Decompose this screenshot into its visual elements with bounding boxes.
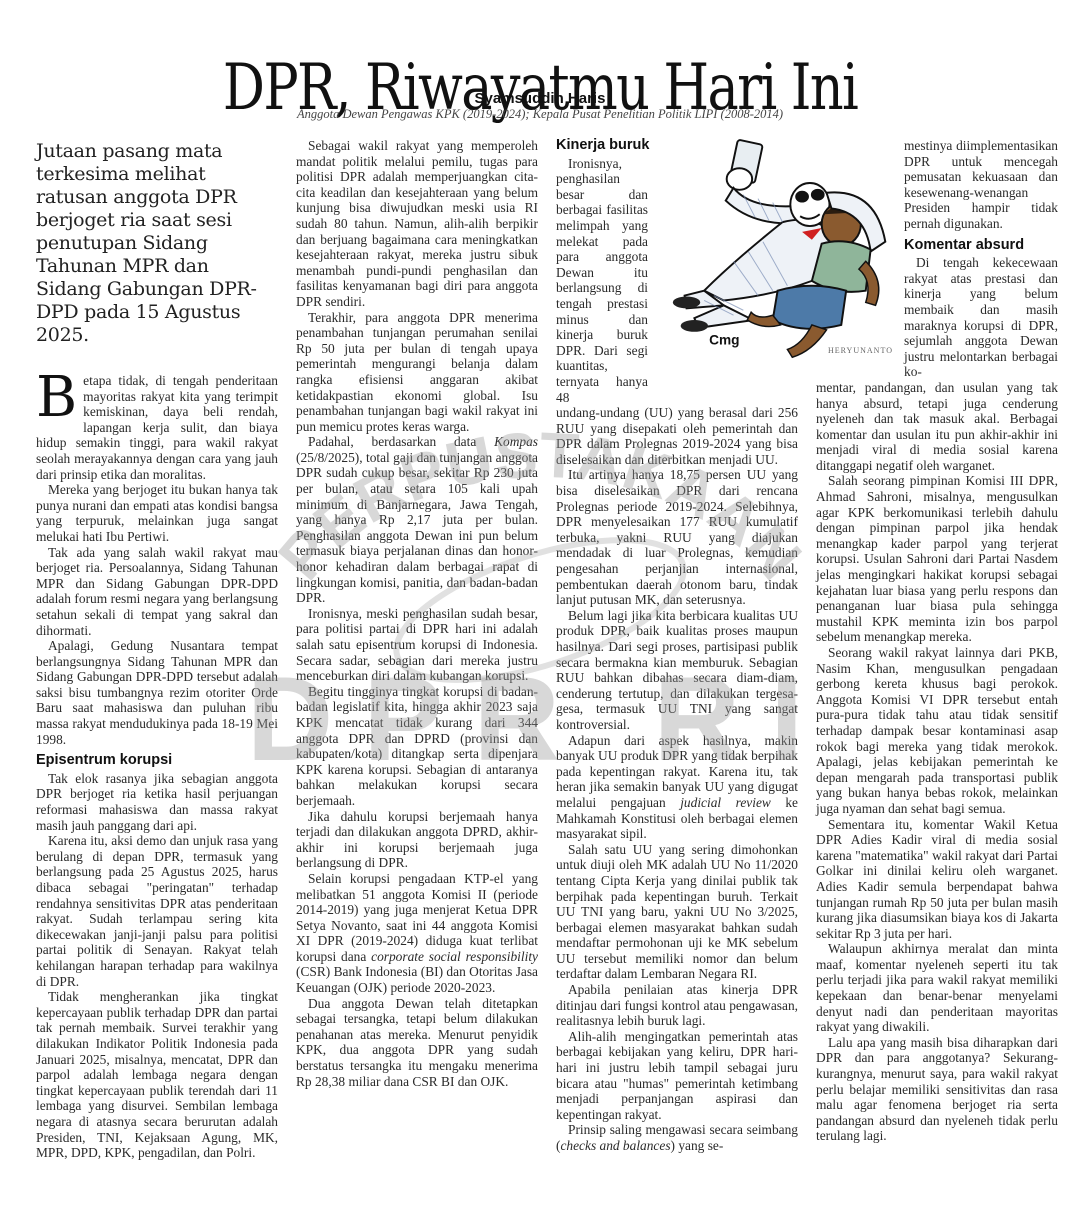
body-paragraph: Seorang wakil rakyat lainnya dari PKB, N…: [816, 645, 1058, 817]
body-paragraph: Tak ada yang salah wakil rakyat mau berj…: [36, 545, 278, 639]
body-paragraph: Tidak mengherankan jika tingkat kepercay…: [36, 989, 278, 1161]
body-paragraph: Lalu apa yang masih bisa diharapkan dari…: [816, 1035, 1058, 1144]
body-paragraph: Belum lagi jika kita berbicara kualitas …: [556, 608, 798, 733]
body-paragraph: Itu artinya hanya 18,75 persen UU yang b…: [556, 467, 798, 607]
body-paragraph: Sementara itu, komentar Wakil Ketua DPR …: [816, 817, 1058, 942]
body-paragraph: Jika dahulu korupsi berjemaah hanya terj…: [296, 809, 538, 871]
column-4: mestinya diimplementasikan DPR untuk men…: [816, 138, 1058, 1144]
body-paragraph: mestinya diimplementasikan DPR untuk men…: [904, 138, 1058, 232]
body-paragraph: Karena itu, aksi demo dan unjuk rasa yan…: [36, 833, 278, 989]
publication-name: Kompas: [494, 434, 538, 449]
body-paragraph: Di tengah kekecewaan rakyat atas prestas…: [904, 255, 1058, 380]
section-heading-epicentrum: Episentrum korupsi: [36, 753, 278, 769]
body-paragraph: Salah satu UU yang sering dimohonkan unt…: [556, 842, 798, 982]
drop-cap: B: [36, 375, 77, 421]
section-heading-komentar: Komentar absurd: [904, 238, 1058, 254]
newspaper-page: DPR, Riwayatmu Hari Ini Syamsuddin Haris…: [0, 0, 1080, 1210]
body-paragraph: Tak elok rasanya jika sebagian anggota D…: [36, 771, 278, 833]
body-paragraph: Apabila penilaian atas kinerja DPR ditin…: [556, 982, 798, 1029]
body-paragraph: Ironisnya, penghasilan besar dan berbaga…: [556, 156, 648, 406]
body-paragraph: Selain korupsi pengadaan KTP-el yang mel…: [296, 871, 538, 996]
intro-paragraph: Betapa tidak, di tengah penderitaan mayo…: [36, 373, 278, 482]
body-paragraph: Terakhir, para anggota DPR menerima pena…: [296, 310, 538, 435]
column-1: Jutaan pasang mata terkesima melihat rat…: [36, 140, 278, 1161]
body-paragraph: Adapun dari aspek hasilnya, makin banyak…: [556, 733, 798, 842]
body-paragraph: Mereka yang berjoget itu bukan hanya tak…: [36, 482, 278, 544]
section-heading-kinerja: Kinerja buruk: [556, 138, 798, 154]
body-paragraph: undang-undang (UU) yang berasal dari 256…: [556, 405, 798, 467]
column-2-body: Sebagai wakil rakyat yang memperoleh man…: [296, 138, 538, 1089]
body-paragraph: Salah seorang pimpinan Komisi III DPR, A…: [816, 473, 1058, 645]
body-paragraph: Prinsip saling mengawasi secara seimbang…: [556, 1122, 798, 1153]
lead-paragraph: Jutaan pasang mata terkesima melihat rat…: [36, 140, 278, 347]
body-paragraph: Walaupun akhirnya meralat dan minta maaf…: [816, 941, 1058, 1035]
body-paragraph: Padahal, berdasarkan data Kompas (25/8/2…: [296, 434, 538, 606]
column-3: Kinerja buruk Ironisnya, penghasilan bes…: [556, 138, 798, 1154]
author-affiliation: Anggota Dewan Pengawas KPK (2019-2024); …: [0, 107, 1080, 122]
body-paragraph: mentar, pandangan, dan usulan yang tak h…: [816, 380, 1058, 474]
body-paragraph: Sebagai wakil rakyat yang memperoleh man…: [296, 138, 538, 310]
body-paragraph: Apalagi, Gedung Nusantara tempat berlang…: [36, 638, 278, 747]
body-paragraph: Ironisnya, meski penghasilan sudah besar…: [296, 606, 538, 684]
body-paragraph: Alih-alih mengingatkan pemerintah atas b…: [556, 1029, 798, 1123]
author-name: Syamsuddin Haris: [0, 90, 1080, 107]
body-paragraph: Begitu tingginya tingkat korupsi di bada…: [296, 684, 538, 809]
body-paragraph: Dua anggota Dewan telah ditetapkan sebag…: [296, 996, 538, 1090]
